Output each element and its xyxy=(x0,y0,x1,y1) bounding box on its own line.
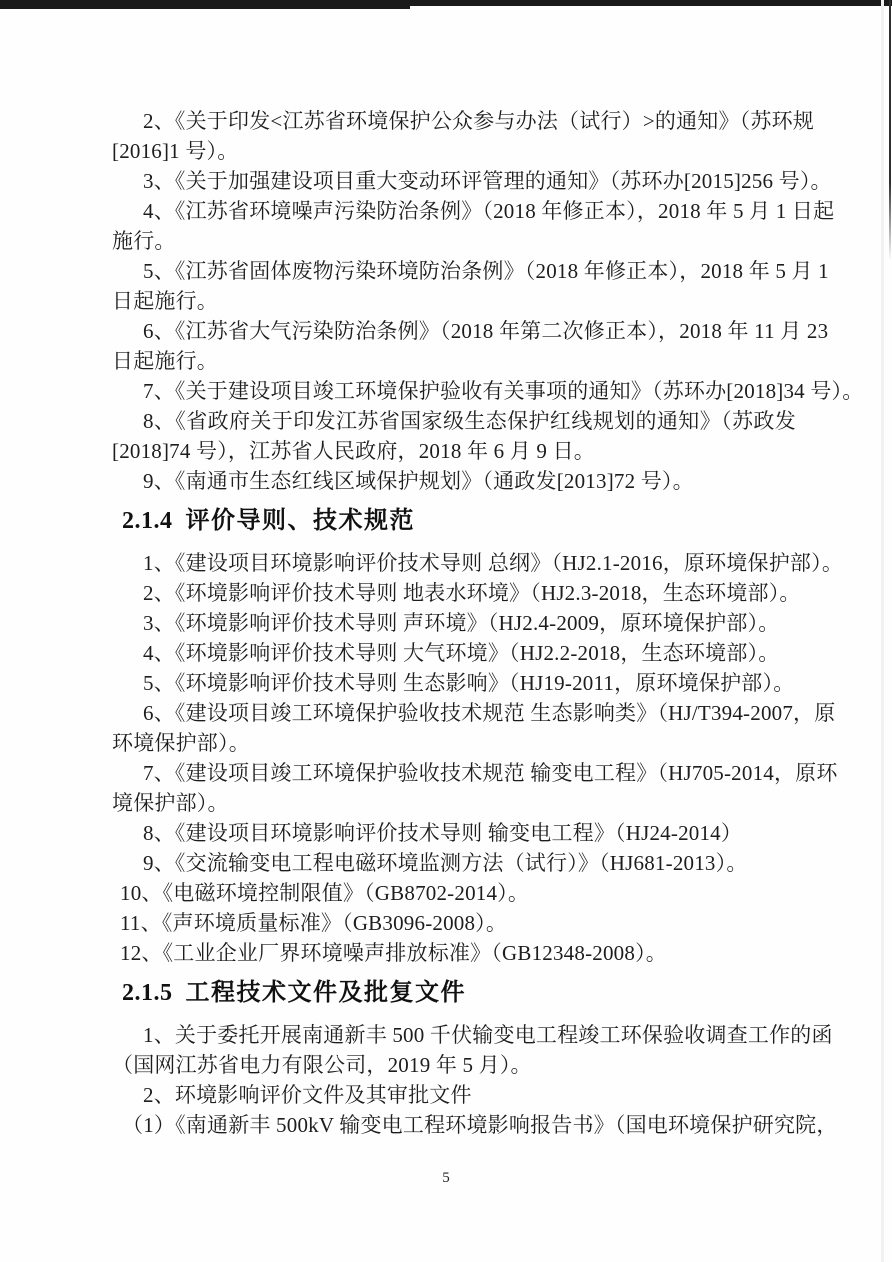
text-line: 12、《工业企业厂界环境噪声排放标准》（GB12348-2008）。 xyxy=(112,938,796,968)
text-line: 6、《建设项目竣工环境保护验收技术规范 生态影响类》（HJ/T394-2007，… xyxy=(112,698,796,728)
section-heading-title: 评价导则、技术规范 xyxy=(186,507,416,534)
text-line: 7、《关于建设项目竣工环境保护验收有关事项的通知》（苏环办[2018]34 号）… xyxy=(112,376,796,406)
text-line: （国网江苏省电力有限公司，2019 年 5 月）。 xyxy=(112,1050,796,1080)
scanned-document-page: 2、《关于印发<江苏省环境保护公众参与办法（试行）>的通知》（苏环规[2016]… xyxy=(0,0,892,1262)
text-line: 9、《交流输变电工程电磁环境监测方法（试行）》（HJ681-2013）。 xyxy=(112,848,796,878)
text-line: 8、《建设项目环境影响评价技术导则 输变电工程》（HJ24-2014） xyxy=(112,818,796,848)
text-line: 日起施行。 xyxy=(112,286,796,316)
text-line: 3、《关于加强建设项目重大变动环评管理的通知》（苏环办[2015]256 号）。 xyxy=(112,166,796,196)
text-line: 9、《南通市生态红线区域保护规划》（通政发[2013]72 号）。 xyxy=(112,466,796,496)
text-line: 5、《江苏省固体废物污染环境防治条例》（2018 年修正本），2018 年 5 … xyxy=(112,256,796,286)
section-heading: 2.1.5工程技术文件及批复文件 xyxy=(122,976,796,1010)
section-heading: 2.1.4评价导则、技术规范 xyxy=(122,504,796,538)
text-line: 环境保护部）。 xyxy=(112,728,796,758)
text-line: 3、《环境影响评价技术导则 声环境》（HJ2.4-2009，原环境保护部）。 xyxy=(112,608,796,638)
text-line: 境保护部）。 xyxy=(112,788,796,818)
text-line: 7、《建设项目竣工环境保护验收技术规范 输变电工程》（HJ705-2014，原环 xyxy=(112,758,796,788)
text-line: 2、《环境影响评价技术导则 地表水环境》（HJ2.3-2018，生态环境部）。 xyxy=(112,578,796,608)
section-heading-number: 2.1.5 xyxy=(122,980,173,1006)
page-number: 5 xyxy=(0,1168,892,1188)
text-line: （1）《南通新丰 500kV 输变电工程环境影响报告书》（国电环境保护研究院， xyxy=(112,1110,796,1140)
scan-edge-top-left xyxy=(0,0,410,9)
text-line: 施行。 xyxy=(112,226,796,256)
section-heading-number: 2.1.4 xyxy=(122,508,173,534)
text-line: 1、《建设项目环境影响评价技术导则 总纲》（HJ2.1-2016，原环境保护部）… xyxy=(112,548,796,578)
document-body: 2、《关于印发<江苏省环境保护公众参与办法（试行）>的通知》（苏环规[2016]… xyxy=(112,106,796,1140)
text-line: 1、关于委托开展南通新丰 500 千伏输变电工程竣工环保验收调查工作的函 xyxy=(112,1020,796,1050)
scan-streak-right xyxy=(881,0,884,1262)
text-line: [2016]1 号）。 xyxy=(112,136,796,166)
text-line: 5、《环境影响评价技术导则 生态影响》（HJ19-2011，原环境保护部）。 xyxy=(112,668,796,698)
text-line: 10、《电磁环境控制限值》（GB8702-2014）。 xyxy=(112,878,796,908)
text-line: 4、《江苏省环境噪声污染防治条例》（2018 年修正本），2018 年 5 月 … xyxy=(112,196,796,226)
text-line: [2018]74 号），江苏省人民政府，2018 年 6 月 9 日。 xyxy=(112,436,796,466)
scan-edge-right xyxy=(889,0,891,260)
text-line: 11、《声环境质量标准》（GB3096-2008）。 xyxy=(112,908,796,938)
section-heading-title: 工程技术文件及批复文件 xyxy=(186,979,467,1006)
text-line: 8、《省政府关于印发江苏省国家级生态保护红线规划的通知》（苏政发 xyxy=(112,406,796,436)
text-line: 6、《江苏省大气污染防治条例》（2018 年第二次修正本），2018 年 11 … xyxy=(112,316,796,346)
text-line: 日起施行。 xyxy=(112,346,796,376)
text-line: 4、《环境影响评价技术导则 大气环境》（HJ2.2-2018，生态环境部）。 xyxy=(112,638,796,668)
text-line: 2、环境影响评价文件及其审批文件 xyxy=(112,1080,796,1110)
text-line: 2、《关于印发<江苏省环境保护公众参与办法（试行）>的通知》（苏环规 xyxy=(112,106,796,136)
